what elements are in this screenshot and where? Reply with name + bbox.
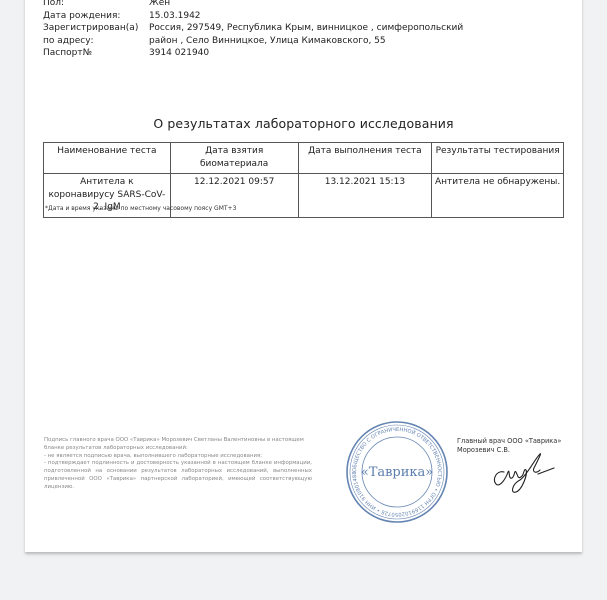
patient-info: Пол: Жен Дата рождения: 15.03.1942 Зарег… [43, 0, 489, 60]
signature-icon [488, 450, 556, 496]
birthdate-value: 15.03.1942 [149, 10, 201, 23]
birthdate-label: Дата рождения: [43, 10, 149, 23]
info-row-address: Зарегистрирован(а) по адресу: Россия, 29… [43, 22, 489, 47]
info-row-passport: Паспорт№ 3914 021940 [43, 47, 489, 60]
timezone-footnote: *Дата и время указаны по местному часово… [45, 205, 236, 212]
company-stamp-icon: ОБЩЕСТВО С ОГРАНИЧЕННОЙ ОТВЕТСТВЕННОСТЬЮ… [345, 420, 449, 524]
info-row-sex: Пол: Жен [43, 0, 489, 10]
info-row-birthdate: Дата рождения: 15.03.1942 [43, 10, 489, 23]
sex-label: Пол: [43, 0, 149, 10]
passport-value: 3914 021940 [149, 47, 209, 60]
table-header-row: Наименование теста Дата взятия биоматери… [44, 143, 564, 174]
disclaimer-intro: Подпись главного врача ООО «Таврика» Мор… [44, 437, 312, 453]
header-test-name: Наименование теста [44, 143, 171, 174]
cell-result: Антитела не обнаружены. [432, 174, 564, 218]
passport-label: Паспорт№ [43, 47, 149, 60]
address-value: Россия, 297549, Республика Крым, винницк… [149, 22, 489, 47]
sex-value: Жен [149, 0, 170, 10]
section-title: О результатах лабораторного исследования [0, 116, 607, 131]
header-test-date: Дата выполнения теста [298, 143, 432, 174]
signature-disclaimer: Подпись главного врача ООО «Таврика» Мор… [44, 437, 312, 492]
signer-position: Главный врач ООО «Таврика» [457, 437, 561, 446]
header-sample-date: Дата взятия биоматериала [170, 143, 298, 174]
cell-test-date: 13.12.2021 15:13 [298, 174, 432, 218]
header-result: Результаты тестирования [432, 143, 564, 174]
disclaimer-point-2: - подтверждает подлинность и достовернос… [44, 460, 312, 491]
address-label: Зарегистрирован(а) по адресу: [43, 22, 149, 47]
stamp-center-text: «Таврика» [361, 465, 434, 480]
